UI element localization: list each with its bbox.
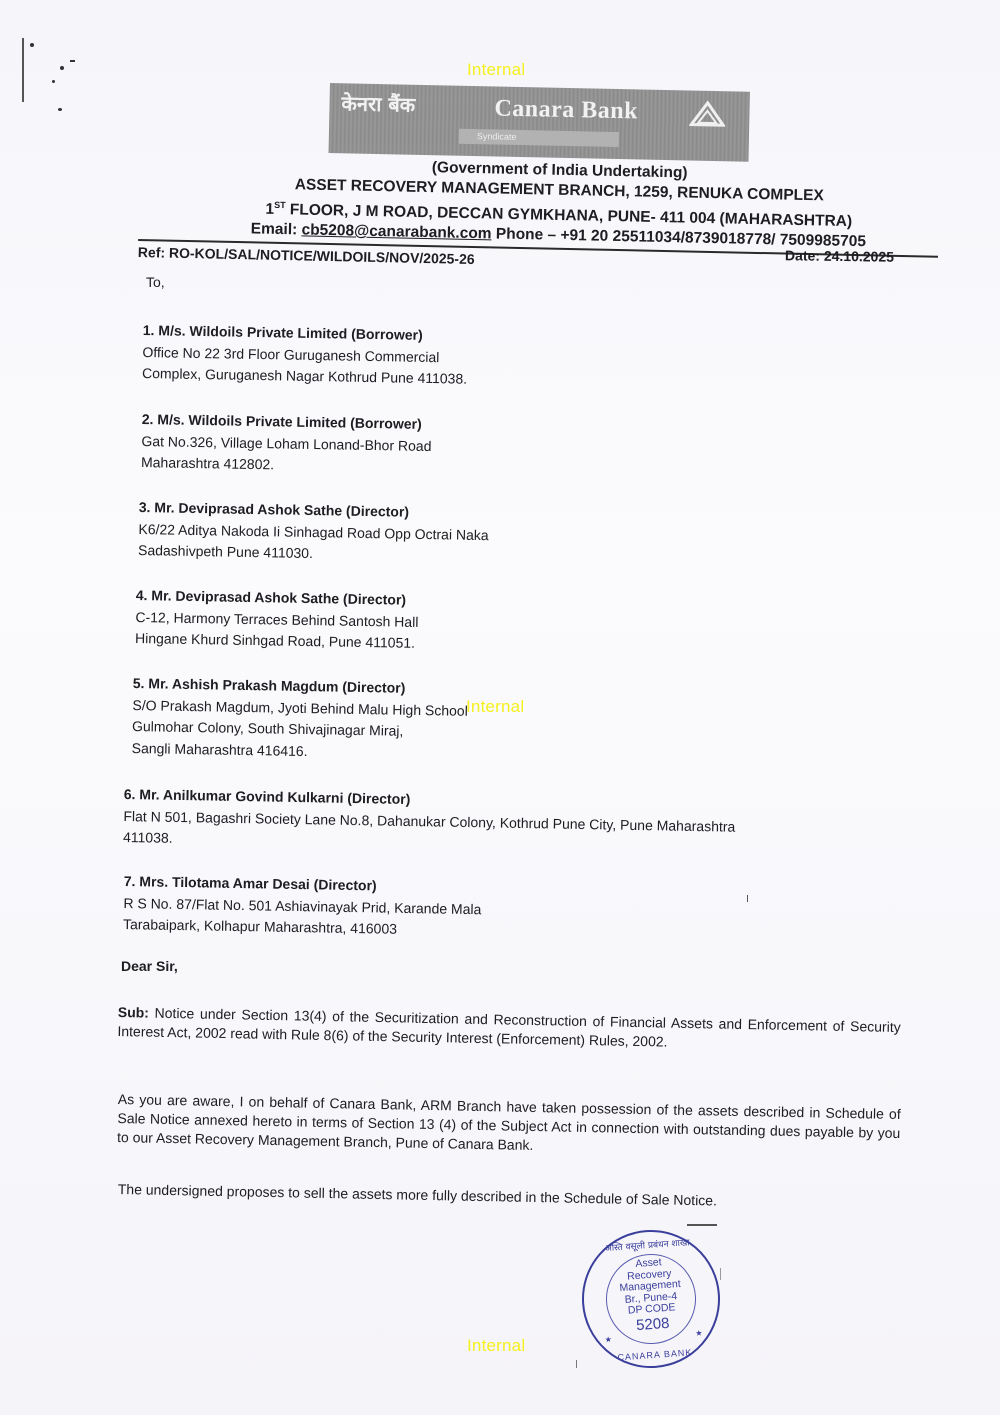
stamp-ring-bottom-text: CANARA BANK [588,1345,722,1364]
recipient-address-line: Hingane Khurd Sinhgad Road, Pune 411051. [135,628,418,654]
email-label: Email: [251,220,302,238]
recipient-2: 2. M/s. Wildoils Private Limited (Borrow… [141,409,432,479]
recipient-address-line: Complex, Guruganesh Nagar Kothrud Pune 4… [142,363,467,390]
recipient-1: 1. M/s. Wildoils Private Limited (Borrow… [142,320,468,390]
scan-artifact-dot [70,60,75,62]
recipient-address-line: Sangli Maharashtra 416416. [131,737,467,764]
recipient-6: 6. Mr. Anilkumar Govind Kulkarni (Direct… [123,784,736,859]
branch-seal-stamp: अस्ति वसूली प्रबंधन शाखा Asset Recovery … [577,1225,724,1372]
floor-suffix: ST [274,200,286,210]
recipient-5: 5. Mr. Ashish Prakash Magdum (Director) … [131,673,468,765]
stamp-center-text: Asset Recovery Management Br., Pune-4 DP… [581,1253,720,1337]
bank-name-english: Canara Bank [494,95,638,125]
watermark-internal-top: Internal [467,60,525,80]
watermark-internal-middle: Internal [466,697,524,717]
subject-paragraph: Sub: Notice under Section 13(4) of the S… [117,1003,901,1056]
scan-artifact-line [747,895,748,902]
email-link[interactable]: cb5208@canarabank.com [301,222,491,243]
stamp-star-icon: ★ [604,1335,612,1344]
stamp-mark [687,1224,717,1226]
scan-artifact-dot [60,66,64,70]
scan-artifact-dot [52,80,55,83]
scan-artifact-line [720,1268,721,1280]
subject-label: Sub: [118,1004,149,1021]
scan-artifact-dot [30,43,34,47]
stamp-ring-top-text: अस्ति वसूली प्रबंधन शाखा [580,1233,715,1255]
recipient-3: 3. Mr. Deviprasad Ashok Sathe (Director)… [138,497,489,568]
body-paragraph-1: As you are aware, I on behalf of Canara … [117,1090,901,1162]
salutation-to: To, [146,272,165,293]
subject-text: Notice under Section 13(4) of the Securi… [117,1005,901,1050]
letter-date: Date: 24.10.2025 [785,247,894,265]
recipient-7: 7. Mrs. Tilotama Amar Desai (Director) R… [123,871,482,942]
scan-artifact-line [22,38,24,102]
canara-triangle-emblem-icon [689,101,726,130]
stamp-star-icon: ★ [695,1329,703,1338]
bank-name-hindi: केनरा बैंक [341,89,415,118]
greeting: Dear Sir, [121,958,178,974]
syndicate-subtitle: Syndicate [459,129,619,147]
scanned-letter-page: Internal Internal Internal केनरा बैंक Ca… [0,0,1000,1415]
scan-artifact-dot [58,108,62,111]
watermark-internal-bottom: Internal [467,1336,525,1356]
canara-bank-logo: केनरा बैंक Canara Bank Syndicate [329,83,750,162]
scan-artifact-line [576,1360,577,1368]
recipient-4: 4. Mr. Deviprasad Ashok Sathe (Director)… [135,585,419,654]
body-paragraph-2: The undersigned proposes to sell the ass… [118,1180,901,1214]
